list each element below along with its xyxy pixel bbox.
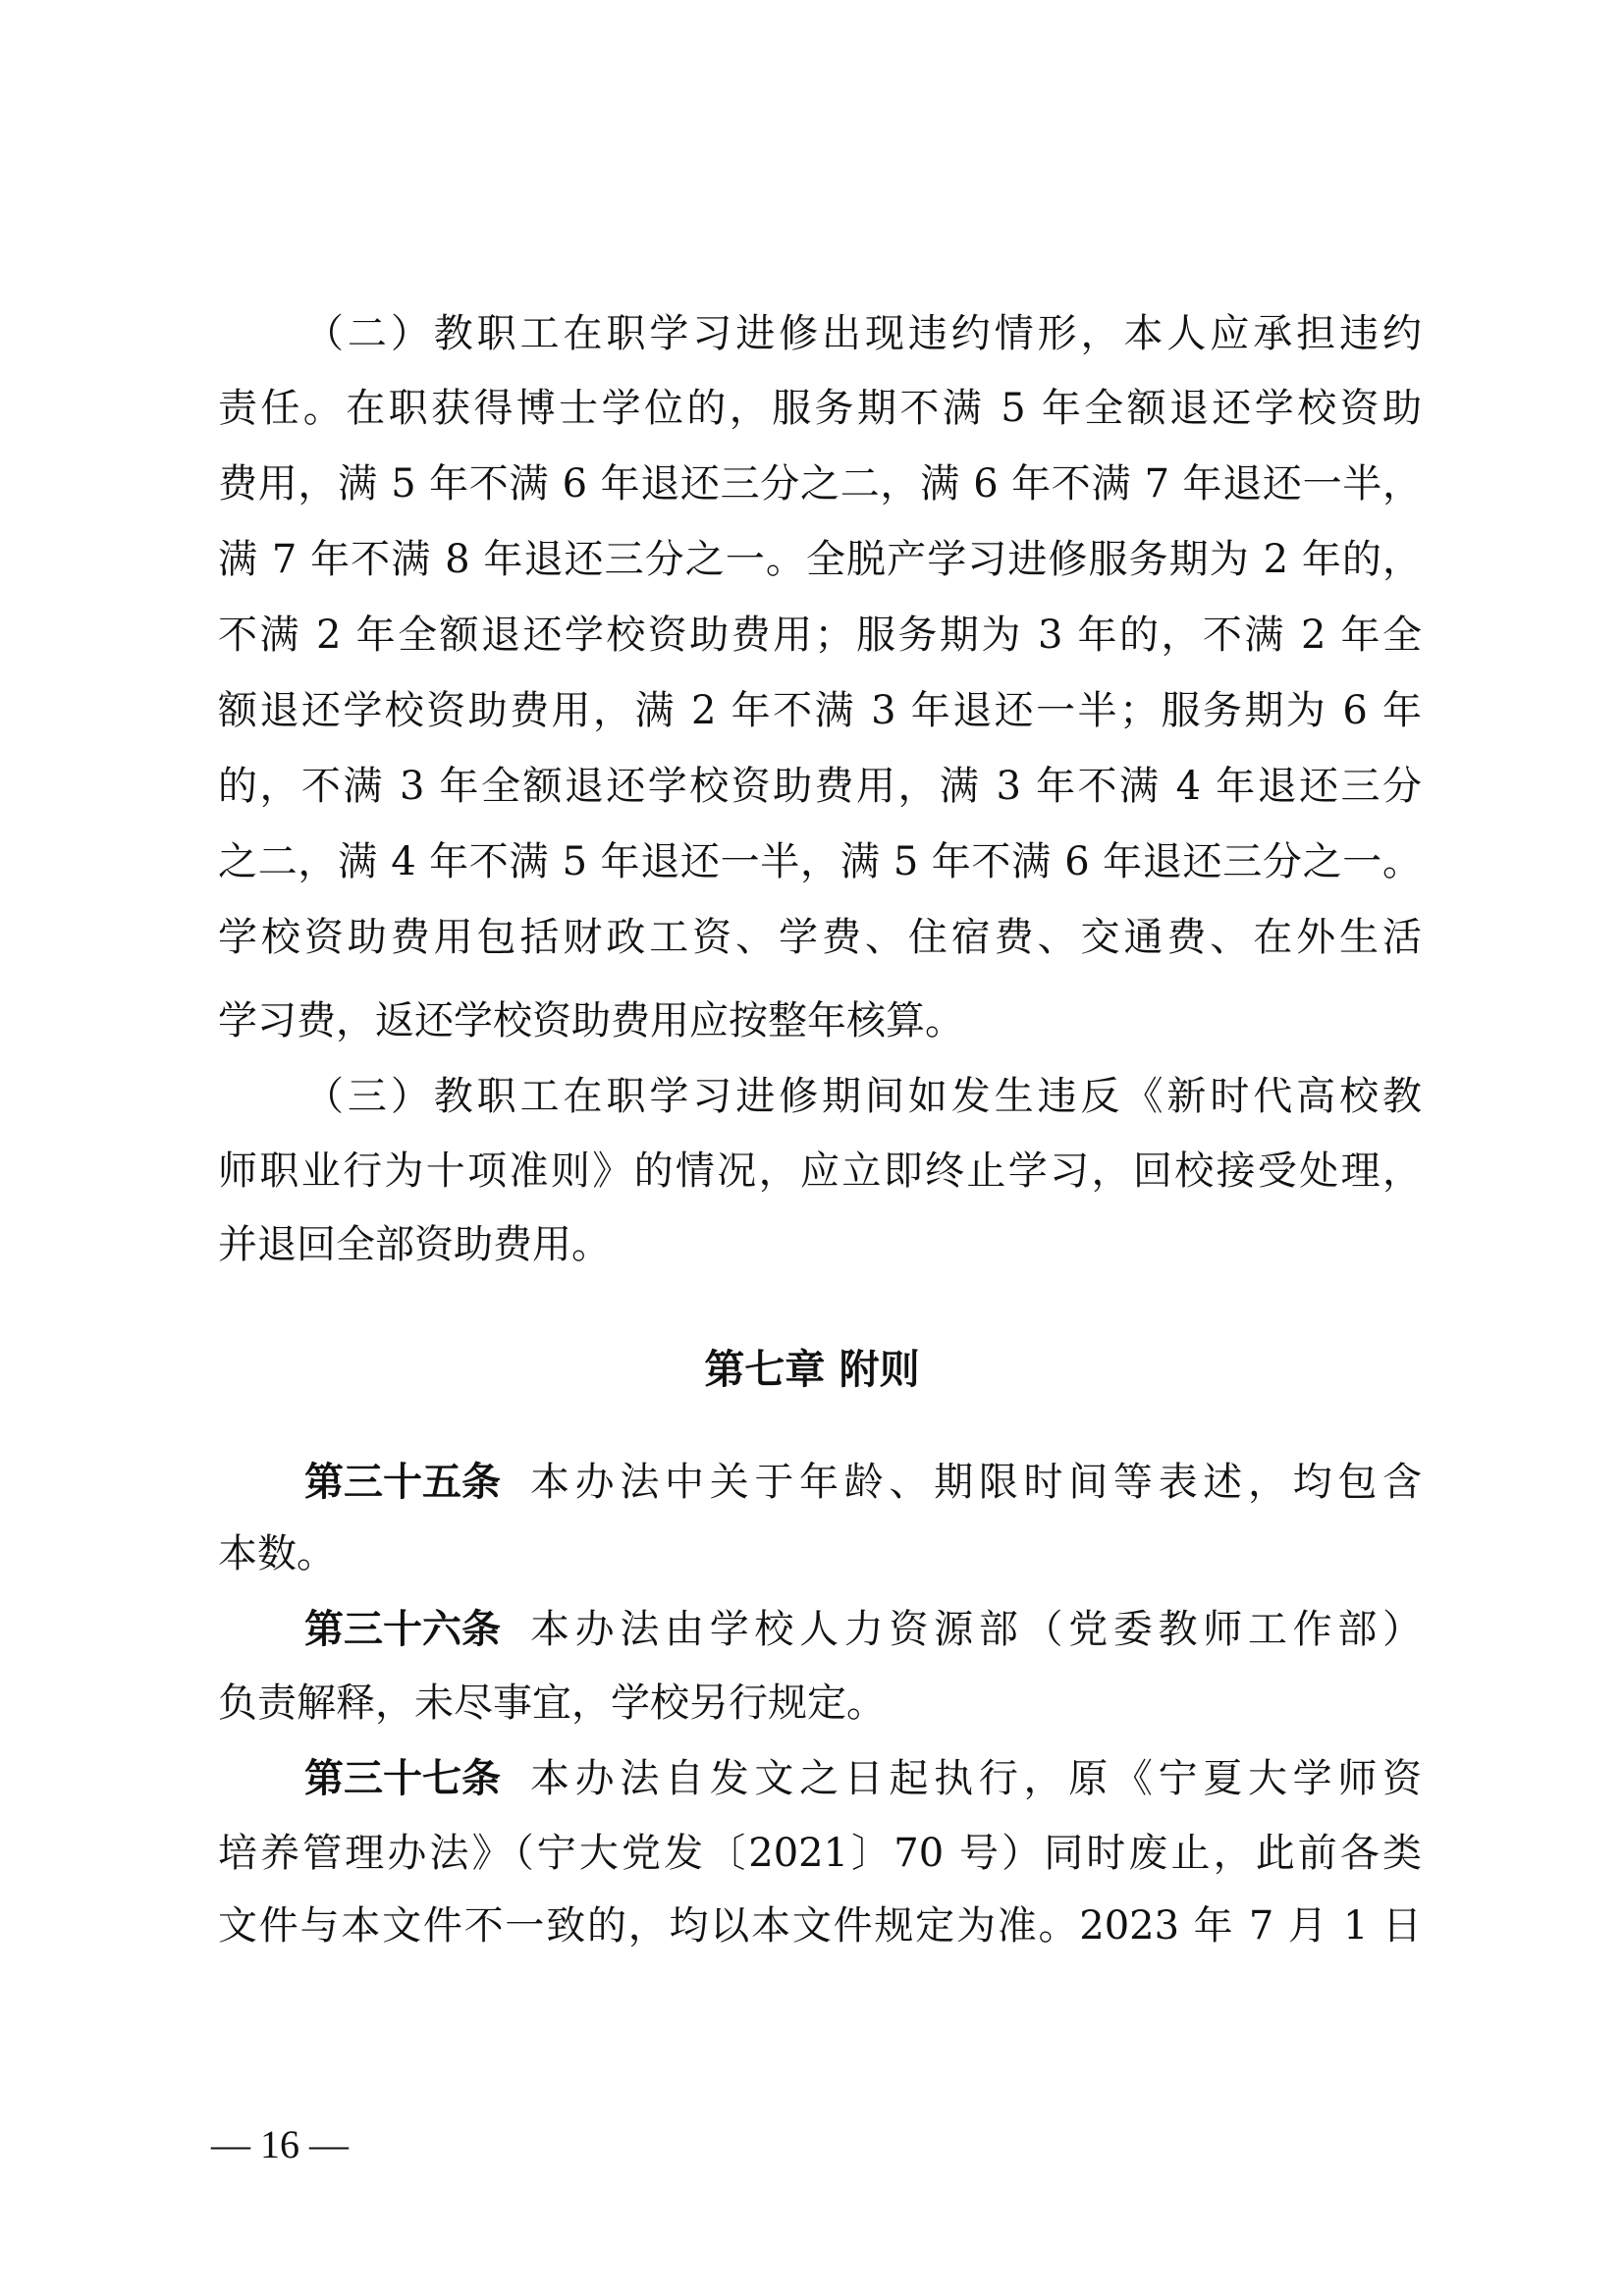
article-37-line-2: 培养管理办法》（宁大党发〔2021〕70 号）同时废止，此前各类 <box>218 1816 1422 1892</box>
paragraph-3-line-3: 并退回全部资助费用。 <box>218 1207 1422 1283</box>
article-36-label: 第三十六条 <box>304 1592 501 1668</box>
article-36: 第三十六条 本办法由学校人力资源部（党委教师工作部） <box>218 1592 1422 1668</box>
article-35-line-2: 本数。 <box>218 1517 1422 1592</box>
paragraph-2-line-7: 的，不满 3 年全额退还学校资助费用，满 3 年不满 4 年退还三分 <box>218 749 1422 825</box>
paragraph-2-line-8: 之二，满 4 年不满 5 年退还一半，满 5 年不满 6 年退还三分之一。 <box>218 825 1422 900</box>
article-35-text: 本办法中关于年龄、期限时间等表述，均包含 <box>530 1445 1422 1521</box>
document-page: （二）教职工在职学习进修出现违约情形，本人应承担违约 责任。在职获得博士学位的，… <box>0 0 1624 2296</box>
paragraph-2-line-10: 学习费，返还学校资助费用应按整年核算。 <box>218 984 1422 1059</box>
article-37-text: 本办法自发文之日起执行，原《宁夏大学师资 <box>530 1741 1422 1817</box>
chapter-heading: 第七章 附则 <box>0 1332 1624 1408</box>
paragraph-3-line-2: 师职业行为十项准则》的情况，应立即终止学习，回校接受处理， <box>218 1134 1422 1209</box>
paragraph-2-line-2: 责任。在职获得博士学位的，服务期不满 5 年全额退还学校资助 <box>218 371 1422 447</box>
article-37-label: 第三十七条 <box>304 1741 501 1817</box>
paragraph-3-line-1: （三）教职工在职学习进修期间如发生违反《新时代高校教 <box>218 1059 1422 1135</box>
paragraph-2-line-6: 额退还学校资助费用，满 2 年不满 3 年退还一半；服务期为 6 年 <box>218 673 1422 749</box>
article-35-label: 第三十五条 <box>304 1445 501 1521</box>
paragraph-2-line-9: 学校资助费用包括财政工资、学费、住宿费、交通费、在外生活 <box>218 900 1422 976</box>
paragraph-2-line-1: （二）教职工在职学习进修出现违约情形，本人应承担违约 <box>218 296 1422 372</box>
paragraph-2-line-3: 费用，满 5 年不满 6 年退还三分之二，满 6 年不满 7 年退还一半， <box>218 447 1422 522</box>
article-37: 第三十七条 本办法自发文之日起执行，原《宁夏大学师资 <box>218 1741 1422 1817</box>
paragraph-2-line-5: 不满 2 年全额退还学校资助费用；服务期为 3 年的，不满 2 年全 <box>218 598 1422 673</box>
article-36-text: 本办法由学校人力资源部（党委教师工作部） <box>530 1592 1422 1668</box>
paragraph-2-line-4: 满 7 年不满 8 年退还三分之一。全脱产学习进修服务期为 2 年的， <box>218 522 1422 598</box>
page-number: — 16 — <box>211 2115 349 2174</box>
article-36-line-2: 负责解释，未尽事宜，学校另行规定。 <box>218 1666 1422 1741</box>
article-35: 第三十五条 本办法中关于年龄、期限时间等表述，均包含 <box>218 1445 1422 1521</box>
article-37-line-3: 文件与本文件不一致的，均以本文件规定为准。2023 年 7 月 1 日 <box>218 1889 1422 1964</box>
